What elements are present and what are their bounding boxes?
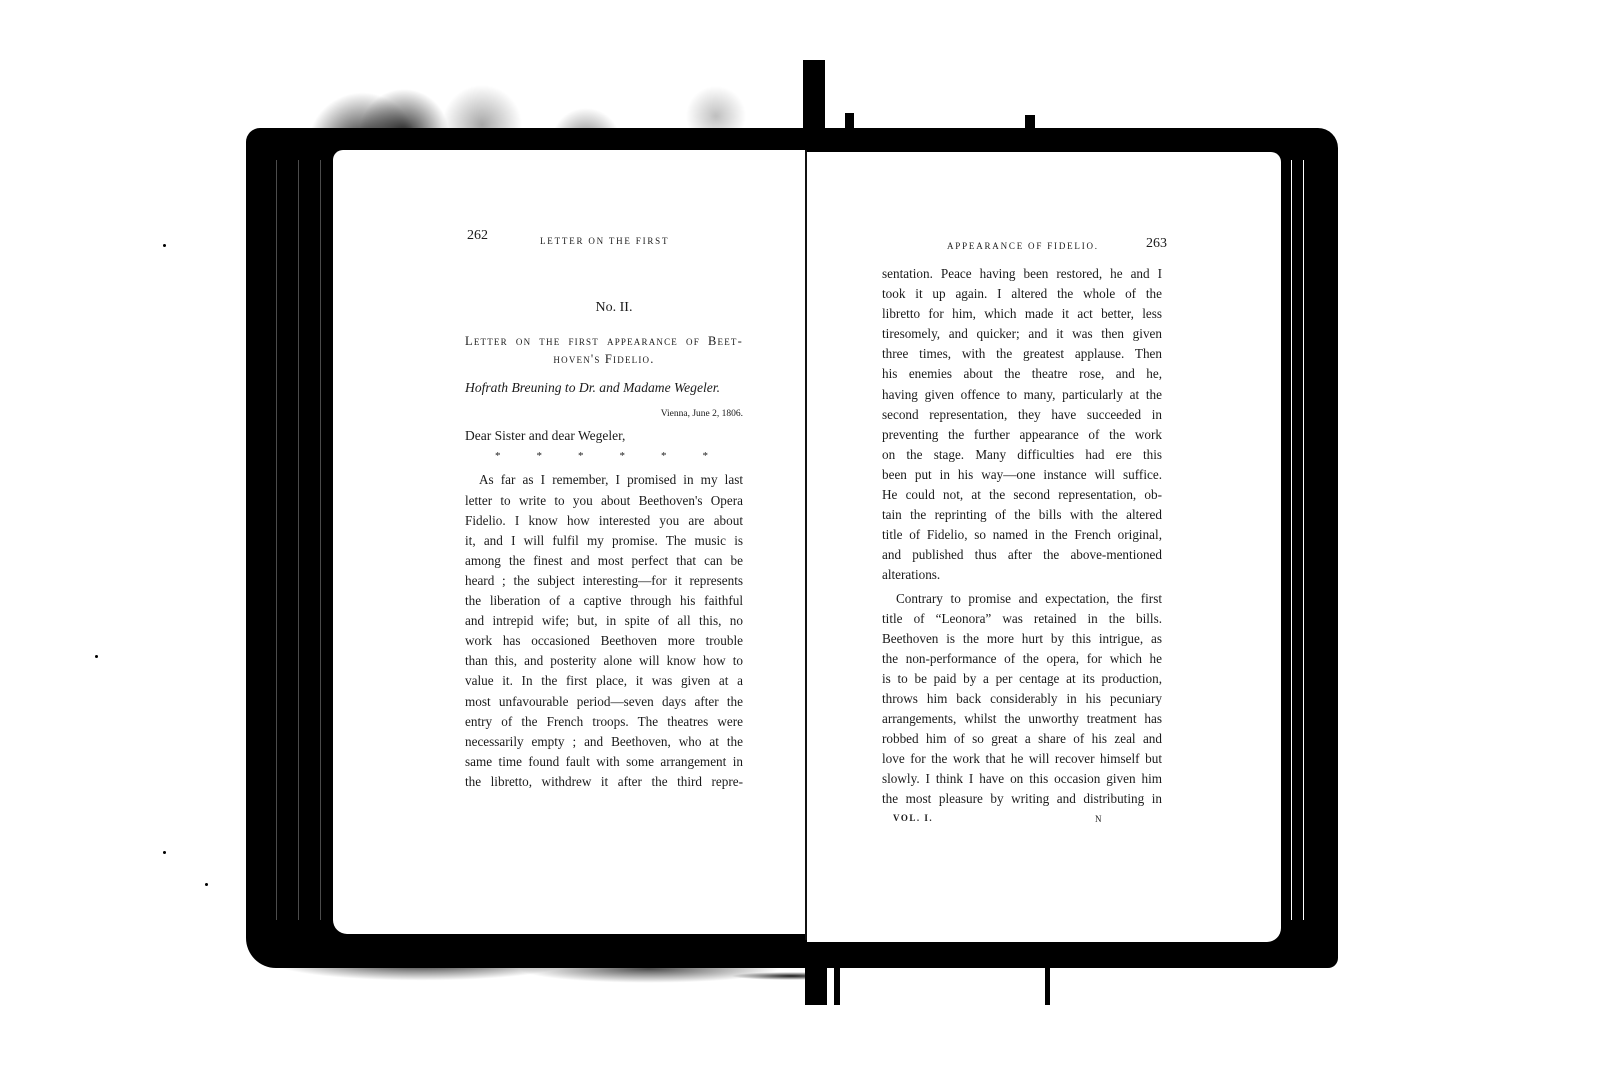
signature-letter: N bbox=[1095, 814, 1102, 824]
byline: Hofrath Breuning to Dr. and Madame Wegel… bbox=[465, 378, 743, 398]
spine-bottom-fragment bbox=[834, 945, 840, 1005]
asterisk-break: * * * * * * bbox=[465, 446, 743, 466]
spine-top bbox=[803, 60, 825, 140]
body-paragraph: sentation. Peace having been restored, h… bbox=[882, 264, 1162, 586]
left-page: 262 LETTER ON THE FIRST No. II. Letter o… bbox=[333, 150, 805, 934]
page-tab-top bbox=[1025, 115, 1035, 137]
body-paragraph: As far as I remember, I promised in my l… bbox=[465, 470, 743, 792]
speck bbox=[95, 655, 98, 658]
page-tab-bottom bbox=[1045, 945, 1050, 1005]
letter-title: Letter on the first appearance of Beet- … bbox=[465, 332, 743, 368]
body-paragraph: Contrary to promise and expectation, the… bbox=[882, 589, 1162, 810]
signature-mark: VOL. I. bbox=[893, 813, 933, 823]
section-number: No. II. bbox=[485, 298, 743, 318]
page-edges-right bbox=[1285, 160, 1315, 920]
scan-noise-bottom bbox=[250, 940, 820, 1012]
running-head: APPEARANCE OF FIDELIO. bbox=[947, 241, 1099, 251]
running-head: LETTER ON THE FIRST bbox=[540, 236, 669, 246]
spine-bottom bbox=[805, 945, 827, 1005]
page-edges-left bbox=[262, 160, 322, 920]
page-number: 263 bbox=[1146, 236, 1167, 252]
speck bbox=[163, 851, 166, 854]
left-text-column: No. II. Letter on the first appearance o… bbox=[465, 298, 743, 792]
spine-top-fragment bbox=[845, 113, 854, 143]
speck bbox=[163, 244, 166, 247]
right-page: APPEARANCE OF FIDELIO. 263 sentation. Pe… bbox=[807, 152, 1281, 942]
dateline: Vienna, June 2, 1806. bbox=[465, 404, 743, 424]
salutation: Dear Sister and dear Wegeler, bbox=[465, 426, 743, 446]
page-number: 262 bbox=[467, 228, 488, 244]
speck bbox=[205, 883, 208, 886]
right-text-column: sentation. Peace having been restored, h… bbox=[882, 264, 1162, 810]
